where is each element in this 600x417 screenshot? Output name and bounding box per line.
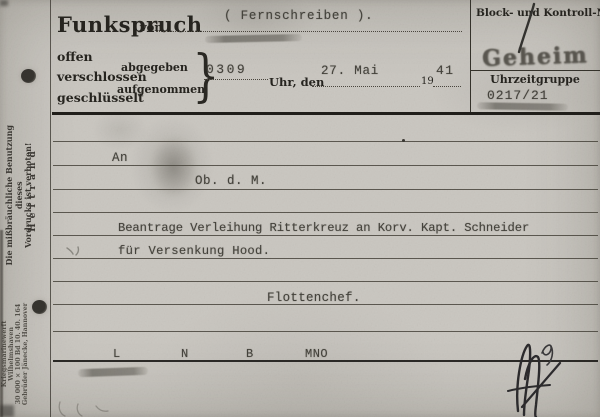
footer-mark-l: L — [113, 347, 120, 361]
message-an: An — [112, 151, 128, 165]
year-dotted-line — [433, 86, 461, 87]
form-title: Funkspruch — [57, 12, 203, 37]
print-credit-line1: Kriegsmarinewerft Wilhelmshaven — [1, 295, 15, 413]
margin-heftrand-label: Heftrand — [28, 144, 38, 234]
date-dotted-line — [312, 86, 420, 87]
pencil-comma-mark — [64, 244, 84, 258]
ruled-line-4 — [53, 212, 598, 213]
hole-punch-top — [21, 69, 36, 83]
sender-dotted-line — [156, 31, 462, 32]
year-printed-label: 19 — [421, 76, 434, 87]
mode-open-label: offen — [57, 49, 93, 64]
margin-divider-line — [50, 0, 51, 417]
scan-edge-left — [0, 230, 3, 417]
funkspruch-form-sheet: Die mißbräuchliche Benutzung dieses Vord… — [0, 0, 600, 417]
message-signature-line: Flottenchef. — [267, 291, 361, 305]
ruled-line-6 — [53, 258, 598, 259]
ink-speck — [402, 139, 405, 142]
uhrzeitgruppe-label: Uhrzeitgruppe — [470, 73, 600, 86]
ruled-line-5 — [53, 235, 598, 236]
message-body-line2: für Versenkung Hood. — [118, 244, 270, 258]
message-recipient: Ob. d. M. — [195, 174, 267, 188]
uhrzeitgruppe-value: 0217/21 — [487, 88, 549, 103]
margin-print-credit: Kriegsmarinewerft Wilhelmshaven 30 000 ×… — [1, 295, 29, 413]
footer-mark-n: N — [181, 347, 188, 361]
date-field-value: 27. Mai — [321, 64, 379, 78]
scan-corner-top-left — [0, 0, 8, 6]
hole-punch-bottom — [32, 300, 47, 314]
fernschreiben-note: ( Fernschreiben ). — [224, 9, 373, 23]
control-box-mid-line — [470, 70, 600, 71]
ruled-line-7 — [53, 281, 598, 282]
pencil-smear-bottom-left — [78, 367, 148, 377]
ruled-line-1 — [53, 141, 598, 142]
pencil-smear-top — [205, 34, 302, 43]
control-box-divider — [470, 0, 471, 114]
ruled-line-3 — [53, 189, 598, 190]
footer-mark-b: B — [246, 347, 253, 361]
ruled-line-2 — [53, 165, 598, 166]
pencil-smear-uhrzeit — [477, 102, 568, 111]
print-credit-line3: Gebrüder Jänecke, Hannover — [22, 295, 29, 413]
pen-slash-mark — [505, 0, 550, 60]
print-credit-line2: 30 000 × 100 Bd 10. 40. 164 — [15, 295, 22, 413]
pencil-scribble-corner — [56, 396, 116, 417]
handed-label: abgegeben — [121, 61, 188, 74]
footer-mark-mno: MNO — [305, 347, 328, 361]
year-field-value: 41 — [436, 63, 455, 78]
margin-disclaimer-line1: Die mißbräuchliche Benutzung dieses — [5, 120, 24, 270]
fingerprint-smudge — [150, 136, 198, 198]
header-separator-bar — [52, 112, 600, 115]
message-body-line1: Beantrage Verleihung Ritterkreuz an Korv… — [118, 221, 529, 235]
scan-corner-bottom-left — [0, 405, 14, 417]
time-field-value: 0309 — [206, 62, 247, 77]
time-dotted-line — [204, 79, 268, 80]
signature-scribble — [480, 325, 600, 417]
